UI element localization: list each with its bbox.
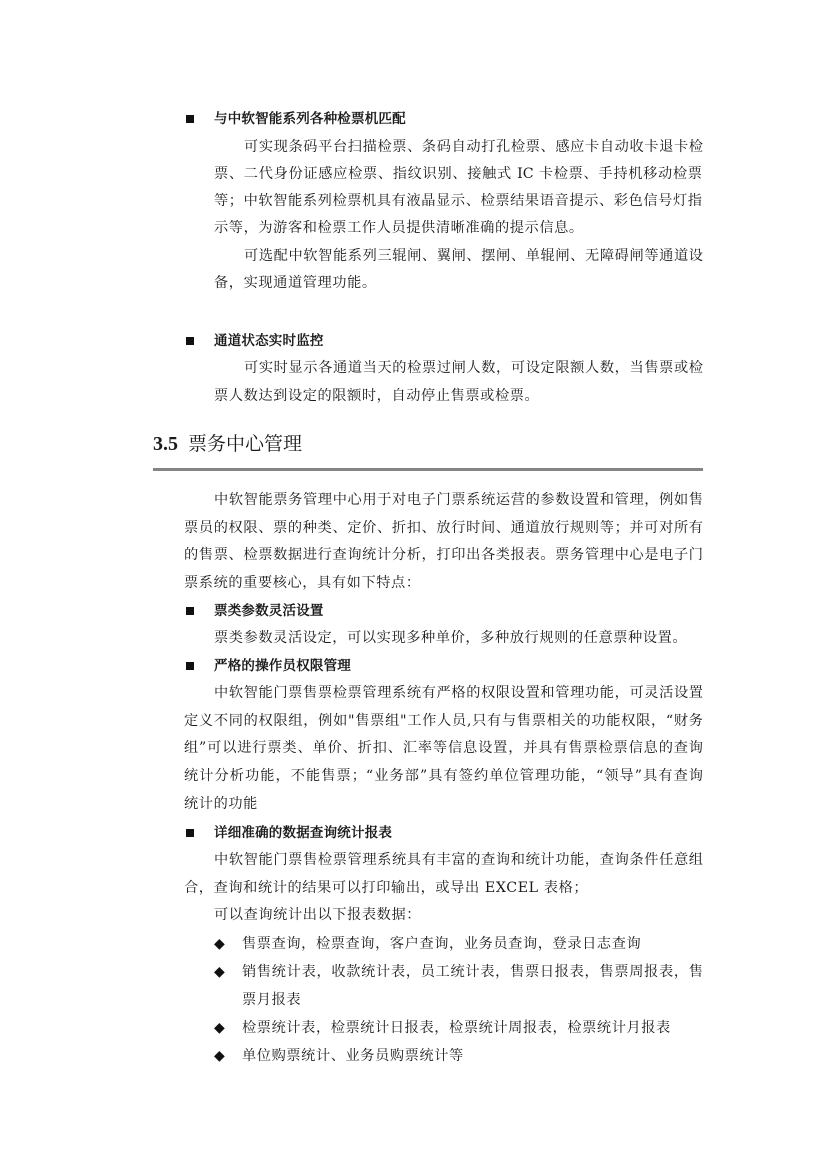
paragraph-line: 票、二代身份证感应检票、指纹识别、接触式 IC 卡检票、手持机移动检票: [214, 164, 702, 184]
list-item: 单位购票统计、业务员购票统计等: [242, 1046, 464, 1066]
list-item: 售票查询，检票查询，客户查询，业务员查询，登录日志查询: [242, 934, 641, 954]
paragraph-line: 可选配中软智能系列三辊闸、翼闸、摆闸、单辊闸、无障碍闸等通道设: [244, 246, 703, 266]
document-page: 与中软智能系列各种检票机匹配 可实现条码平台扫描检票、条码自动打孔检票、感应卡自…: [0, 0, 827, 1169]
paragraph-line: 票类参数灵活设定，可以实现多种单价，多种放行规则的任意票种设置。: [214, 628, 687, 648]
square-bullet-icon: [186, 115, 194, 123]
paragraph-line: 票员的权限、票的种类、定价、折扣、放行时间、通道放行规则等；并可对所有: [184, 518, 703, 538]
paragraph-line: 可实时显示各通道当天的检票过闸人数，可设定限额人数，当售票或检: [244, 358, 703, 378]
paragraph-line: 统计分析功能，不能售票；“业务部”具有签约单位管理功能，“领导”具有查询: [184, 766, 703, 786]
paragraph-line: 中软智能票务管理中心用于对电子门票系统运营的参数设置和管理，例如售: [214, 490, 703, 510]
paragraph-line: 示等，为游客和检票工作人员提供清晰准确的提示信息。: [214, 218, 584, 238]
paragraph-line: 可实现条码平台扫描检票、条码自动打孔检票、感应卡自动收卡退卡检: [244, 137, 703, 157]
paragraph-line: 中软智能门票售票检票管理系统有严格的权限设置和管理功能，可灵活设置: [214, 683, 703, 703]
paragraph-line: 票系统的重要核心，具有如下特点：: [184, 573, 421, 593]
diamond-bullet-icon: ◆: [214, 934, 225, 954]
heading-title: 票务中心管理: [188, 433, 302, 455]
square-bullet-icon: [186, 829, 194, 837]
diamond-bullet-icon: ◆: [214, 1046, 225, 1066]
paragraph-line: 的售票、检票数据进行查询统计分析，打印出各类报表。票务管理中心是电子门: [184, 545, 703, 565]
paragraph-line: 组”可以进行票类、单价、折扣、汇率等信息设置，并具有售票检票信息的查询: [184, 738, 703, 758]
paragraph-line: 可以查询统计出以下报表数据：: [214, 905, 421, 925]
list-item-continuation: 票月报表: [242, 990, 301, 1010]
list-item: 检票统计表，检票统计日报表，检票统计周报表，检票统计月报表: [242, 1018, 671, 1038]
paragraph-line: 备，实现通道管理功能。: [214, 273, 377, 293]
section-heading: 3.5票务中心管理: [153, 431, 302, 457]
section-title: 通道状态实时监控: [214, 331, 324, 351]
paragraph-line: 定义不同的权限组，例如"售票组"工作人员,只有与售票相关的功能权限，“财务: [184, 711, 703, 731]
square-bullet-icon: [186, 337, 194, 345]
diamond-bullet-icon: ◆: [214, 962, 225, 982]
section-title: 严格的操作员权限管理: [214, 656, 351, 676]
square-bullet-icon: [186, 607, 194, 615]
list-item: 销售统计表，收款统计表，员工统计表，售票日报表，售票周报表，售: [242, 962, 703, 982]
square-bullet-icon: [186, 662, 194, 670]
paragraph-line: 中软智能门票售检票管理系统具有丰富的查询和统计功能，查询条件任意组: [214, 850, 703, 870]
paragraph-line: 合，查询和统计的结果可以打印输出，或导出 EXCEL 表格；: [184, 878, 588, 898]
section-title: 票类参数灵活设置: [214, 601, 324, 621]
heading-rule: [153, 468, 703, 471]
diamond-bullet-icon: ◆: [214, 1018, 225, 1038]
paragraph-line: 票人数达到设定的限额时，自动停止售票或检票。: [214, 386, 539, 406]
heading-number: 3.5: [153, 433, 178, 455]
paragraph-line: 统计的功能: [184, 794, 258, 814]
paragraph-line: 等；中软智能系列检票机具有液晶显示、检票结果语音提示、彩色信号灯指: [214, 191, 702, 211]
section-title: 详细准确的数据查询统计报表: [214, 823, 392, 843]
section-title: 与中软智能系列各种检票机匹配: [214, 109, 406, 129]
